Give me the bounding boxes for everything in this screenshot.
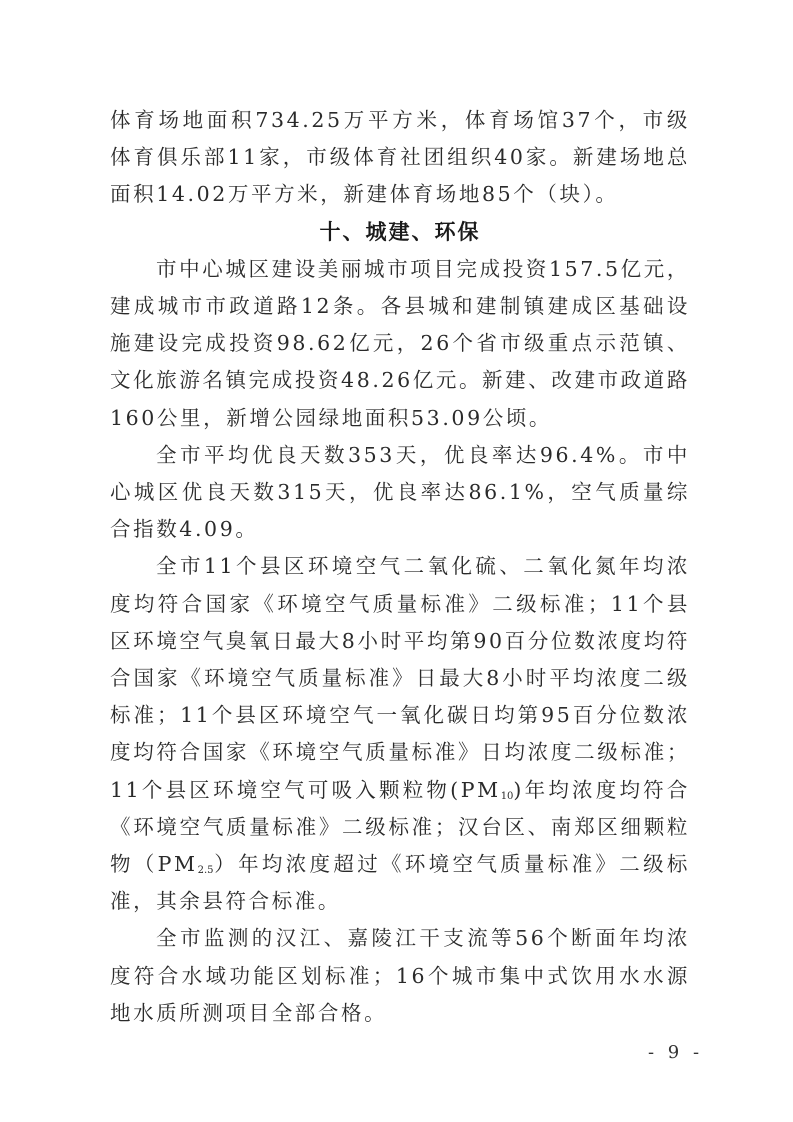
paragraph-urban-construction: 市中心城区建设美丽城市项目完成投资157.5亿元，建成城市市政道路12条。各县城… bbox=[110, 251, 690, 437]
section-heading: 十、城建、环保 bbox=[110, 214, 690, 251]
paragraph-air-quality-days: 全市平均优良天数353天，优良率达96.4%。市中心城区优良天数315天，优良率… bbox=[110, 437, 690, 549]
air-standards-text-1: 全市11个县区环境空气二氧化硫、二氧化氮年均浓度均符合国家《环境空气质量标准》二… bbox=[110, 554, 690, 801]
paragraph-water-quality: 全市监测的汉江、嘉陵江干支流等56个断面年均浓度符合水域功能区划标准；16个城市… bbox=[110, 920, 690, 1032]
document-page: 体育场地面积734.25万平方米，体育场馆37个，市级体育俱乐部11家，市级体育… bbox=[110, 102, 690, 1032]
paragraph-air-standards: 全市11个县区环境空气二氧化硫、二氧化氮年均浓度均符合国家《环境空气质量标准》二… bbox=[110, 548, 690, 920]
paragraph-sports-facilities: 体育场地面积734.25万平方米，体育场馆37个，市级体育俱乐部11家，市级体育… bbox=[110, 102, 690, 214]
page-number: - 9 - bbox=[648, 1042, 703, 1063]
pm25-subscript: 2.5 bbox=[198, 865, 214, 876]
pm10-subscript: 10 bbox=[501, 791, 514, 802]
